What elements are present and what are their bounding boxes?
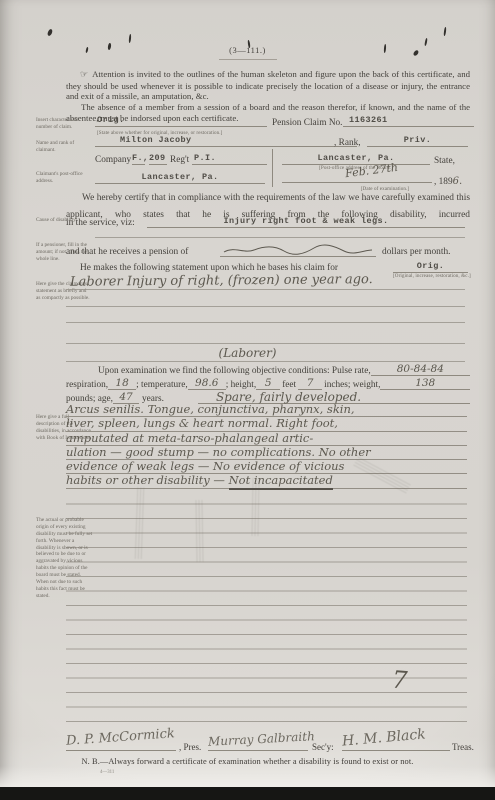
bleed-through-mark [195,500,204,562]
margin-label-claim-character: Insert character and number of claim. [36,117,92,131]
claimant-statement: Laborer Injury of right, (frozen) one ye… [70,271,468,289]
pension-amount-field [220,243,376,257]
ink-mark [443,27,446,36]
ink-mark [129,34,132,43]
regiment-number-field: 209 [149,153,167,165]
findings-line: amputated at meta-tarso-phalangeal artic… [66,432,467,446]
statement-rule [66,289,465,290]
claimant-address-field: Lancaster, Pa. [95,172,265,184]
pension-pre-label: and that he receives a pension of [66,247,188,257]
ink-mark [47,28,54,36]
findings-line-pre: habits or other disability — [66,473,229,487]
company-label: Company [95,155,131,165]
pension-post-label: dollars per month. [382,247,450,257]
pulse-value: 80-84-84 [371,364,470,376]
footer-note: N. B.—Always forward a certificate of ex… [0,757,495,766]
column-divider [272,149,273,187]
margin-label-name-rank: Name and rank of claimant. [36,140,92,154]
company-field: F., [132,153,145,165]
secretary-label: Sec'y: [312,742,334,752]
pension-claim-number: 1163261 [343,115,474,127]
regiment-label: Reg't [170,155,189,165]
findings-line: evidence of weak legs — No evidence of v… [66,460,467,474]
blank-ruled-area [66,490,467,724]
page-number: 7 [391,666,408,695]
bleed-through-mark [251,478,260,536]
board-address-field: Lancaster, Pa. [282,153,430,165]
claim-character-field: Orig. [95,115,267,127]
respiration-value: 18 [108,378,136,390]
treasurer-label: Treas. [452,742,474,752]
occupation-note: (Laborer) [0,346,495,360]
statement-rule [66,306,465,307]
crossed-out-squiggle [220,243,376,256]
temperature-value: 98.6 [188,378,226,390]
not-incapacitated-emphasis: Not incapacitated [229,473,333,490]
temperature-label: ; temperature, [136,380,188,390]
height-inches-value: 7 [298,378,322,390]
findings-block: Arcus senilis. Tongue, conjunctiva, phar… [66,403,467,489]
weight-value: 138 [380,378,470,390]
attention-text: Attention is invited to the outlines of … [66,69,470,101]
findings-line: Arcus senilis. Tongue, conjunctiva, phar… [66,403,467,417]
secretary-signature: Murray Galbraith [208,729,315,749]
attention-notice: ☞Attention is invited to the outlines of… [66,69,470,102]
form-number: (3—111.) [0,45,495,55]
height-label: ; height, [226,380,256,390]
blank-line [95,237,465,238]
service-viz-label: in the service, viz: [66,218,135,228]
treasurer-signature-line: H. M. Black [342,726,450,751]
feet-label: feet [280,380,298,390]
statement-rule [66,343,465,344]
secretary-signature-line: Murray Galbraith [208,728,308,751]
margin-label-po-address: Claimant's post-office address. [36,171,92,185]
pension-examination-certificate: (3—111.) ☞Attention is invited to the ou… [0,0,495,800]
scan-background-band [0,787,495,800]
findings-line: liver, spleen, lungs & heart normal. Rig… [66,417,467,431]
disability-field: Injury right foot & weak legs. [147,216,465,228]
state-label: State, [434,156,455,166]
pension-claim-label: Pension Claim No. [272,118,343,128]
treasurer-signature: H. M. Black [341,726,426,749]
regiment-field: P.I. [192,153,267,165]
rank-field: Priv. [367,135,468,147]
statement-rule [66,361,465,362]
claimant-name-field: Milton Jacoby [95,135,357,147]
exam-line-2: respiration, 18 ; temperature, 98.6 ; he… [66,378,470,390]
respiration-label: respiration, [66,380,108,390]
statement-rule [66,322,465,323]
pointing-hand-icon: ☞ [66,70,92,80]
inches-label: inches; weight, [322,380,380,390]
president-signature-line: D. P. McCormick [66,726,176,751]
form-number-rule [219,59,277,60]
paper-bottom-edge [0,766,495,787]
president-signature: D. P. McCormick [66,726,176,749]
exam-line-1: Upon examination we find the following o… [66,364,470,376]
height-feet-value: 5 [256,378,280,390]
statement-lead: He makes the following statement upon wh… [80,263,338,273]
president-label: , Pres. [179,742,201,752]
exam-intro: Upon examination we find the following o… [66,366,371,376]
findings-line: ulation — good stump — no complications.… [66,446,467,460]
rank-label: , Rank, [334,138,361,148]
exam-year-digit: 6. [453,176,463,187]
